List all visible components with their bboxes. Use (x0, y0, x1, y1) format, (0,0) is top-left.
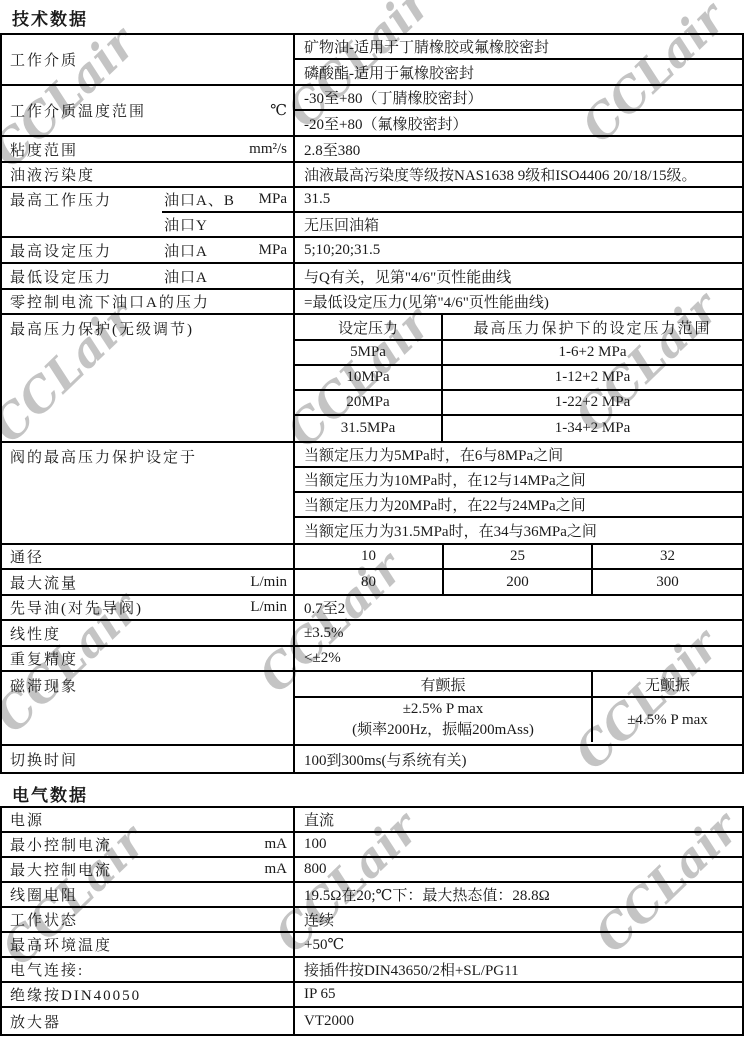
max-set-pressure-value: 5;10;20;31.5 (293, 238, 742, 262)
viscosity-value: 2.8至380 (293, 137, 742, 161)
hysteresis-col-with-dither: 有颤振 (295, 672, 593, 696)
row-linearity: 线性度 ±3.5% (2, 621, 742, 647)
hysteresis-label: 磁滞现象 (2, 672, 293, 744)
insulation-label: 绝缘按DIN40050 (2, 983, 293, 1006)
protection-range-value: 1-6+2 MPa (443, 341, 742, 364)
nominal-size-10: 10 (295, 545, 444, 568)
max-flow-label: 最大流量 (10, 572, 78, 593)
max-set-pressure-label-cell: 最高设定压力 油口A MPa (2, 238, 293, 262)
repeatability-label: 重复精度 (2, 647, 293, 670)
row-temperature-range: 工作介质温度范围 ℃ -30至+80（丁腈橡胶密封） -20至+80（氟橡胶密封… (2, 86, 742, 137)
temperature-range-unit: ℃ (270, 86, 287, 135)
max-ambient-temperature-label: 最高环境温度 (2, 933, 293, 956)
hysteresis-with-dither-cell: ±2.5% P max (频率200Hz，振幅200mAss) (295, 698, 593, 742)
repeatability-value: <±2% (293, 647, 742, 670)
protection-col-set-pressure: 设定压力 (295, 315, 443, 339)
row-power-supply: 电源 直流 (2, 808, 742, 833)
max-flow-80: 80 (295, 570, 444, 594)
protection-set-value: 20MPa (295, 391, 443, 414)
oil-contamination-value: 油液最高污染度等级按NAS1638 9级和ISO4406 20/18/15级。 (293, 163, 742, 186)
pilot-oil-label-cell: 先导油(对先导阀) L/min (2, 596, 293, 619)
viscosity-label-cell: 粘度范围 mm²/s (2, 137, 293, 161)
row-switching-time: 切换时间 100到300ms(与系统有关) (2, 746, 742, 772)
min-control-current-value: 100 (293, 833, 742, 856)
hysteresis-with-dither-value: ±2.5% P max (403, 699, 484, 720)
max-flow-unit: L/min (250, 570, 287, 594)
port-y-label: 油口Y (164, 213, 208, 236)
hysteresis-without-dither-value: ±4.5% P max (593, 698, 742, 742)
coil-resistance-value: 19.5Ω在20;℃下：最大热态值：28.8Ω (293, 883, 742, 906)
min-control-current-label-cell: 最小控制电流 mA (2, 833, 293, 856)
working-medium-values: 矿物油-适用于丁腈橡胶或氟橡胶密封 磷酸酯-适用于氟橡胶密封 (293, 35, 742, 84)
max-control-current-unit: mA (265, 858, 288, 881)
row-zero-control-current: 零控制电流下油口A的压力 =最低设定压力(见第"4/6"页性能曲线) (2, 290, 742, 315)
max-working-pressure-unit: MPa (259, 188, 287, 211)
hysteresis-subtable: 有颤振 无颤振 ±2.5% P max (频率200Hz，振幅200mAss) … (293, 672, 742, 744)
insulation-value: IP 65 (293, 983, 742, 1006)
datasheet-page: CCLair CCLair CCLair CCLair CCLair CCLai… (0, 0, 744, 1040)
switching-time-label: 切换时间 (2, 746, 293, 772)
working-medium-label: 工作介质 (10, 49, 78, 70)
min-set-pressure-label: 最低设定压力 (10, 266, 112, 287)
min-control-current-label: 最小控制电流 (10, 834, 112, 855)
viscosity-label: 粘度范围 (10, 139, 78, 160)
linearity-value: ±3.5% (293, 621, 742, 645)
temperature-range-label-cell: 工作介质温度范围 ℃ (2, 86, 293, 135)
protection-row: 5MPa 1-6+2 MPa (295, 341, 742, 366)
max-working-pressure-values: 31.5 无压回油箱 (293, 188, 742, 236)
protection-row: 31.5MPa 1-34+2 MPa (295, 416, 742, 441)
max-control-current-value: 800 (293, 858, 742, 881)
duty-cycle-value: 连续 (293, 908, 742, 931)
pressure-y-value: 无压回油箱 (295, 213, 742, 236)
max-control-current-label-cell: 最大控制电流 mA (2, 858, 293, 881)
row-repeatability: 重复精度 <±2% (2, 647, 742, 672)
zero-control-current-label: 零控制电流下油口A的压力 (2, 290, 293, 313)
protection-range-value: 1-22+2 MPa (443, 391, 742, 414)
hysteresis-value-row: ±2.5% P max (频率200Hz，振幅200mAss) ±4.5% P … (295, 698, 742, 742)
max-pressure-protection-label: 最高压力保护(无级调节) (2, 315, 293, 441)
nominal-size-25: 25 (444, 545, 593, 568)
electrical-connection-label: 电气连接: (2, 958, 293, 981)
row-min-set-pressure: 最低设定压力 油口A 与Q有关，见第"4/6"页性能曲线 (2, 264, 742, 290)
zero-control-current-value: =最低设定压力(见第"4/6"页性能曲线) (293, 290, 742, 313)
max-set-pressure-unit: MPa (259, 238, 287, 262)
temperature-fkm-value: -20至+80（氟橡胶密封） (295, 111, 742, 135)
pilot-oil-label: 先导油(对先导阀) (10, 597, 143, 618)
power-supply-label: 电源 (10, 809, 44, 830)
port-row-divider (162, 211, 293, 213)
protection-row: 20MPa 1-22+2 MPa (295, 391, 742, 416)
row-max-set-pressure: 最高设定压力 油口A MPa 5;10;20;31.5 (2, 238, 742, 264)
max-working-pressure-label: 最高工作压力 (10, 188, 112, 211)
row-max-ambient-temperature: 最高环境温度 +50℃ (2, 933, 742, 958)
linearity-label: 线性度 (2, 621, 293, 645)
technical-data-table: 工作介质 矿物油-适用于丁腈橡胶或氟橡胶密封 磷酸酯-适用于氟橡胶密封 工作介质… (0, 33, 744, 774)
pilot-oil-unit: L/min (250, 596, 287, 619)
oil-contamination-label: 油液污染度 (2, 163, 293, 186)
max-flow-300: 300 (593, 570, 742, 594)
max-set-pressure-label: 最高设定压力 (10, 240, 112, 261)
temperature-range-values: -30至+80（丁腈橡胶密封） -20至+80（氟橡胶密封） (293, 86, 742, 135)
row-electrical-connection: 电气连接: 接插件按DIN43650/2相+SL/PG11 (2, 958, 742, 983)
amplifier-label: 放大器 (2, 1008, 293, 1034)
protection-set-at-item: 当额定压力为10MPa时，在12与14MPa之间 (295, 468, 742, 493)
max-working-pressure-label-cell: 最高工作压力 油口A、B MPa 油口Y (2, 188, 293, 236)
max-flow-label-cell: 最大流量 L/min (2, 570, 293, 594)
min-set-pressure-label-cell: 最低设定压力 油口A (2, 264, 293, 288)
protection-range-value: 1-12+2 MPa (443, 366, 742, 389)
row-oil-contamination: 油液污染度 油液最高污染度等级按NAS1638 9级和ISO4406 20/18… (2, 163, 742, 188)
nominal-size-label: 通径 (2, 545, 293, 568)
section-title-electrical: 电气数据 (12, 781, 88, 806)
pilot-oil-value: 0.7至2 (293, 596, 742, 619)
min-control-current-unit: mA (265, 833, 288, 856)
row-max-working-pressure: 最高工作压力 油口A、B MPa 油口Y 31.5 无压回油箱 (2, 188, 742, 238)
row-insulation: 绝缘按DIN40050 IP 65 (2, 983, 742, 1008)
row-working-medium: 工作介质 矿物油-适用于丁腈橡胶或氟橡胶密封 磷酸酯-适用于氟橡胶密封 (2, 35, 742, 86)
max-pressure-protection-subtable: 设定压力 最高压力保护下的设定压力范围 5MPa 1-6+2 MPa 10MPa… (293, 315, 742, 441)
min-set-pressure-value: 与Q有关，见第"4/6"页性能曲线 (293, 264, 742, 288)
row-pilot-oil: 先导油(对先导阀) L/min 0.7至2 (2, 596, 742, 621)
protection-set-at-values: 当额定压力为5MPa时，在6与8MPa之间 当额定压力为10MPa时，在12与1… (293, 443, 742, 543)
row-max-pressure-protection: 最高压力保护(无级调节) 设定压力 最高压力保护下的设定压力范围 5MPa 1-… (2, 315, 742, 443)
max-set-pressure-port: 油口A (164, 238, 208, 262)
protection-set-value: 10MPa (295, 366, 443, 389)
protection-set-value: 5MPa (295, 341, 443, 364)
temperature-range-label: 工作介质温度范围 (10, 100, 146, 121)
nominal-size-32: 32 (593, 545, 742, 568)
viscosity-unit: mm²/s (249, 137, 287, 161)
max-flow-values: 80 200 300 (293, 570, 742, 594)
protection-set-at-item: 当额定压力为5MPa时，在6与8MPa之间 (295, 443, 742, 468)
protection-row: 10MPa 1-12+2 MPa (295, 366, 742, 391)
row-viscosity-range: 粘度范围 mm²/s 2.8至380 (2, 137, 742, 163)
row-max-control-current: 最大控制电流 mA 800 (2, 858, 742, 883)
row-max-flow: 最大流量 L/min 80 200 300 (2, 570, 742, 596)
mineral-oil-value: 矿物油-适用于丁腈橡胶或氟橡胶密封 (295, 35, 742, 60)
pressure-ab-value: 31.5 (295, 188, 742, 213)
max-ambient-temperature-value: +50℃ (293, 933, 742, 956)
row-protection-set-at: 阀的最高压力保护设定于 当额定压力为5MPa时，在6与8MPa之间 当额定压力为… (2, 443, 742, 545)
protection-set-at-item: 当额定压力为31.5MPa时，在34与36MPa之间 (295, 518, 742, 543)
hysteresis-with-dither-note: (频率200Hz，振幅200mAss) (352, 720, 534, 741)
protection-col-range: 最高压力保护下的设定压力范围 (443, 315, 742, 339)
row-hysteresis: 磁滞现象 有颤振 无颤振 ±2.5% P max (频率200Hz，振幅200m… (2, 672, 742, 746)
min-set-pressure-port: 油口A (164, 264, 208, 288)
phosphate-ester-value: 磷酸酯-适用于氟橡胶密封 (295, 60, 742, 84)
nominal-size-values: 10 25 32 (293, 545, 742, 568)
max-control-current-label: 最大控制电流 (10, 859, 112, 880)
amplifier-value: VT2000 (293, 1008, 742, 1034)
row-duty-cycle: 工作状态 连续 (2, 908, 742, 933)
protection-set-at-label: 阀的最高压力保护设定于 (2, 443, 293, 543)
page-title: 技术数据 (12, 5, 88, 30)
electrical-data-table: 电源 直流 最小控制电流 mA 100 最大控制电流 mA 800 线圈电阻 1… (0, 806, 744, 1036)
hysteresis-col-without-dither: 无颤振 (593, 672, 742, 696)
protection-set-at-item: 当额定压力为20MPa时，在22与24MPa之间 (295, 493, 742, 518)
coil-resistance-label: 线圈电阻 (2, 883, 293, 906)
row-min-control-current: 最小控制电流 mA 100 (2, 833, 742, 858)
protection-range-value: 1-34+2 MPa (443, 416, 742, 441)
protection-set-value: 31.5MPa (295, 416, 443, 441)
power-supply-value: 直流 (293, 808, 742, 831)
temperature-nbr-value: -30至+80（丁腈橡胶密封） (295, 86, 742, 111)
port-ab-label: 油口A、B (164, 188, 235, 211)
max-flow-200: 200 (444, 570, 593, 594)
row-nominal-size: 通径 10 25 32 (2, 545, 742, 570)
row-coil-resistance: 线圈电阻 19.5Ω在20;℃下：最大热态值：28.8Ω (2, 883, 742, 908)
electrical-connection-value: 接插件按DIN43650/2相+SL/PG11 (293, 958, 742, 981)
row-amplifier: 放大器 VT2000 (2, 1008, 742, 1034)
duty-cycle-label: 工作状态 (2, 908, 293, 931)
protection-header-row: 设定压力 最高压力保护下的设定压力范围 (295, 315, 742, 341)
hysteresis-header-row: 有颤振 无颤振 (295, 672, 742, 698)
power-supply-label-cell: 电源 (2, 808, 293, 831)
switching-time-value: 100到300ms(与系统有关) (293, 746, 742, 772)
working-medium-label-cell: 工作介质 (2, 35, 293, 84)
